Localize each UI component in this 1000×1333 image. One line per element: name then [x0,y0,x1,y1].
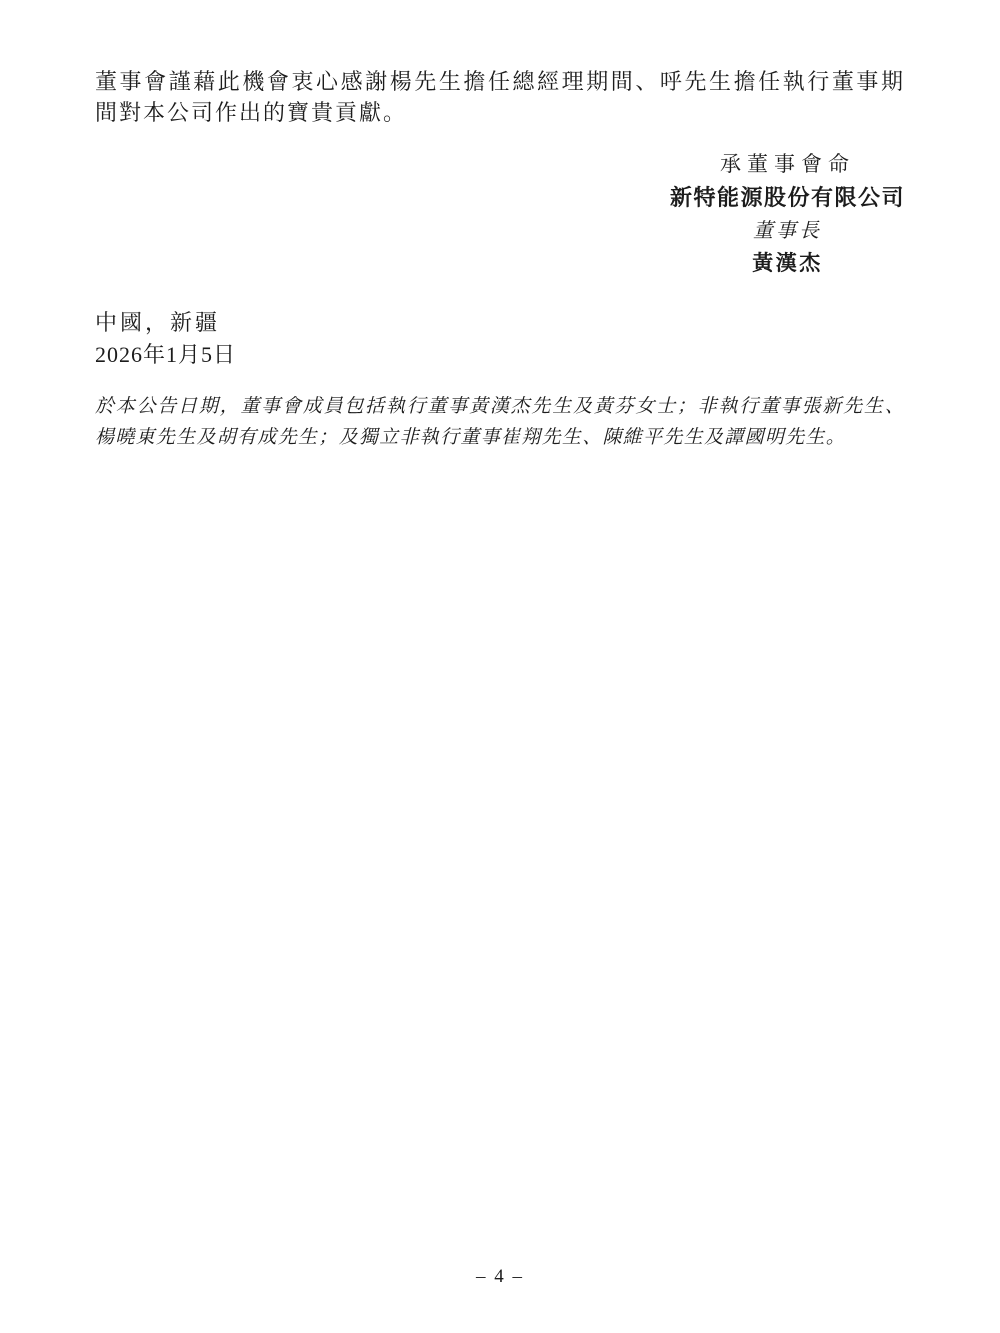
date-line: 2026年1月5日 [95,339,905,370]
directors-note: 於本公告日期，董事會成員包括執行董事黃漢杰先生及黃芬女士；非執行董事張新先生、楊… [95,391,905,453]
chairman-name: 黃漢杰 [670,248,905,280]
page-footer: – 4 – [0,1266,1000,1288]
document-page: 董事會謹藉此機會衷心感謝楊先生擔任總經理期間、呼先生擔任執行董事期間對本公司作出… [0,0,1000,1333]
place-date-block: 中國，新疆 2026年1月5日 [95,307,905,370]
chairman-title: 董事長 [670,215,905,248]
page-content: 董事會謹藉此機會衷心感謝楊先生擔任總經理期間、呼先生擔任執行董事期間對本公司作出… [0,0,1000,453]
company-name: 新特能源股份有限公司 [670,181,905,215]
place-line: 中國，新疆 [95,307,905,339]
body-paragraph: 董事會謹藉此機會衷心感謝楊先生擔任總經理期間、呼先生擔任執行董事期間對本公司作出… [95,66,905,128]
by-order-of-board-line: 承董事會命 [670,148,905,181]
page-number: – 4 – [476,1266,524,1287]
signature-block: 承董事會命 新特能源股份有限公司 董事長 黃漢杰 [670,148,905,280]
